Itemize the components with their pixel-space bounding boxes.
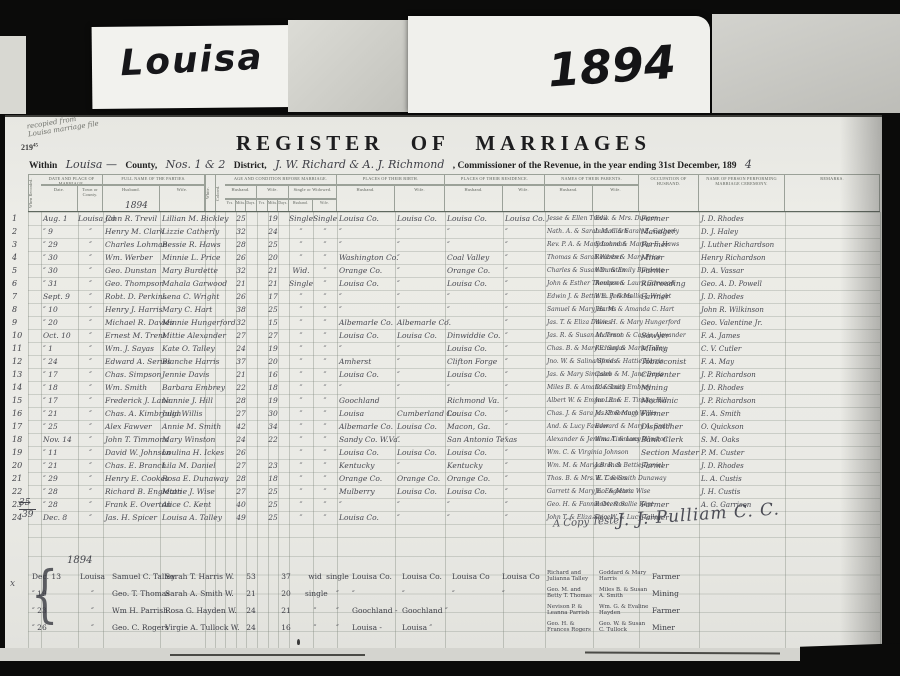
cell-reg bbox=[28, 343, 41, 356]
cell-bh: Albemarle Co. bbox=[337, 317, 395, 330]
cell-ch: ″ bbox=[289, 421, 313, 434]
cell-wname: Mary Winston bbox=[160, 434, 205, 447]
cell-reg bbox=[28, 226, 41, 239]
cell-ph: John & Esther Thompson bbox=[545, 278, 593, 291]
cell-bw: ″ bbox=[395, 291, 445, 304]
cell-reg bbox=[28, 213, 41, 226]
cell-reg bbox=[28, 421, 41, 434]
cell-min: J. P. Richardson bbox=[699, 395, 785, 408]
cell-white bbox=[205, 499, 215, 512]
cell-no: 9 bbox=[5, 317, 28, 330]
cell-min: S. M. Oaks bbox=[699, 434, 785, 447]
header-age_cond: AGE AND CONDITION BEFORE MARRIAGE. bbox=[225, 174, 337, 185]
cell-wage: 37 bbox=[267, 569, 305, 586]
cell-bw: ″ bbox=[400, 586, 450, 603]
ledger-row: 18Nov. 14″John T. TimmonsMary Winston242… bbox=[5, 434, 882, 447]
cell-no: 7 bbox=[5, 291, 28, 304]
cell-ch: ″ bbox=[289, 239, 313, 252]
cell-date: ″ 30 bbox=[41, 265, 78, 278]
cell-rh: Macon, Ga. bbox=[445, 421, 503, 434]
tally-note: 35 39 bbox=[19, 498, 36, 521]
cell-bw: Cumberland Co. bbox=[395, 408, 445, 421]
cell-rw: ″ bbox=[503, 382, 545, 395]
cell-wname: Lena C. Wright bbox=[160, 291, 205, 304]
cell-bw: ″ bbox=[395, 304, 445, 317]
cell-town: ″ bbox=[75, 586, 110, 603]
ledger-row: 13″ 17″Chas. SimpsonJennie Davis2116″″Lo… bbox=[5, 369, 882, 382]
cell-white bbox=[205, 213, 215, 226]
cell-cw: ″ bbox=[313, 304, 337, 317]
cell-cw: ″ bbox=[325, 620, 350, 637]
cell-no: 8 bbox=[5, 304, 28, 317]
cell-hage: 26 bbox=[225, 252, 257, 265]
ledger-row: 5″ 30″Geo. DunstanMary Burdette3221Wid.″… bbox=[5, 265, 882, 278]
cell-cw: ″ bbox=[313, 512, 337, 525]
cell-hname: Samuel C. Talley bbox=[110, 569, 163, 586]
cell-no: 5 bbox=[5, 265, 28, 278]
cell-bh: ″ bbox=[337, 239, 395, 252]
cell-town: ″ bbox=[78, 252, 103, 265]
cell-wage: 20 bbox=[257, 252, 289, 265]
cell-occ: Farmer bbox=[639, 239, 699, 252]
cell-wage: 16 bbox=[267, 620, 305, 637]
district-label: District, bbox=[234, 161, 267, 171]
cell-hname: Wm. Smith bbox=[103, 382, 160, 395]
cell-ch: ″ bbox=[289, 499, 313, 512]
cell-ph: Jno. W. & Salina Series bbox=[545, 356, 593, 369]
cell-pw: Richard & Maria Talley bbox=[593, 343, 639, 356]
cell-cw: ″ bbox=[313, 330, 337, 343]
cell-reg bbox=[28, 278, 41, 291]
cell-min: P. M. Custer bbox=[699, 447, 785, 460]
ledger-row: 21″ 29″Henry E. CookesRosa E. Dunaway281… bbox=[5, 473, 882, 486]
cell-pw: Wm. A. & Lucy Winston bbox=[593, 434, 639, 447]
cell-bw: Louisa Co. bbox=[395, 213, 445, 226]
cell-town: ″ bbox=[78, 356, 103, 369]
cell-no: 18 bbox=[5, 434, 28, 447]
cell-bh: ″ bbox=[337, 382, 395, 395]
cell-hname: Edward A. Series bbox=[103, 356, 160, 369]
ledger-row: 15″ 17″Frederick J. LaneNannie J. Hill28… bbox=[5, 395, 882, 408]
cell-wname: Nannie J. Hill bbox=[160, 395, 205, 408]
cell-occ: Railroading bbox=[639, 278, 699, 291]
cell-town: ″ bbox=[78, 473, 103, 486]
cell-hname: Henry J. Harris bbox=[103, 304, 160, 317]
cell-rh: Louisa Co. bbox=[445, 343, 503, 356]
cell-occ: Carpenter bbox=[639, 369, 699, 382]
cell-bw: ″ bbox=[395, 265, 445, 278]
header-wife: Wife. bbox=[395, 185, 445, 212]
cell-bw: Albemarle Co. bbox=[395, 317, 445, 330]
cell-bh: Washington Co. bbox=[337, 252, 395, 265]
cell-ch: ″ bbox=[289, 330, 313, 343]
cell-wname: Barbara Embrey bbox=[160, 382, 205, 395]
cell-rw: ″ bbox=[503, 434, 545, 447]
cell-white bbox=[205, 408, 215, 421]
cell-pw: Edward & Mary A. Smith bbox=[593, 421, 639, 434]
cell-cw: ″ bbox=[313, 395, 337, 408]
ledger-row: 8″ 10″Henry J. HarrisMary C. Hart3825″″″… bbox=[5, 304, 882, 317]
cell-pw: W. T. & Smith Dunaway bbox=[593, 473, 639, 486]
microfilm-frame: Louisa 1894 recopied from Louisa marriag… bbox=[0, 0, 900, 676]
cell-colored bbox=[215, 395, 225, 408]
cell-hage: 38 bbox=[225, 304, 257, 317]
header-husband: Husband. bbox=[445, 185, 503, 212]
county-value: Louisa — bbox=[60, 158, 123, 171]
cell-pw: Wm. J. & Mollie J. Wright bbox=[593, 291, 639, 304]
cell-occ: Farmer bbox=[650, 569, 725, 586]
ink-blot bbox=[297, 639, 300, 645]
cell-rw: ″ bbox=[503, 226, 545, 239]
cell-ph: Alexander & Jemima Timmons bbox=[545, 434, 593, 447]
cell-wname: Kate O. Talley bbox=[160, 343, 205, 356]
cell-ph: Geo. M. and Betty T. Thomas bbox=[545, 586, 597, 603]
cell-wname: Minnie L. Price bbox=[160, 252, 205, 265]
cell-date: ″ 28 bbox=[41, 499, 78, 512]
cell-hname: Henry M. Clark bbox=[103, 226, 160, 239]
cell-colored bbox=[215, 473, 225, 486]
cell-town: ″ bbox=[75, 603, 110, 620]
cell-date: ″ 23 bbox=[30, 603, 75, 620]
cell-rw: Louisa Co. bbox=[503, 213, 545, 226]
cell-white bbox=[205, 343, 215, 356]
cell-hage: 27 bbox=[225, 408, 257, 421]
cell-wage: 25 bbox=[257, 239, 289, 252]
cell-town: ″ bbox=[75, 620, 110, 637]
cell-rh: ″ bbox=[445, 499, 503, 512]
ledger-row: 17″ 25″Alex FawverAnnie M. Smith4234″″Al… bbox=[5, 421, 882, 434]
cell-ph: Geo. H. & Fannie Overton bbox=[545, 499, 593, 512]
cell-date: Sept. 9 bbox=[41, 291, 78, 304]
cell-ch: ″ bbox=[289, 473, 313, 486]
cell-wage: 25 bbox=[257, 486, 289, 499]
cell-ch: ″ bbox=[305, 620, 325, 637]
cell-no: 6 bbox=[5, 278, 28, 291]
cell-date: Aug. 1 bbox=[41, 213, 78, 226]
cell-rh: Louisa Co. bbox=[445, 278, 503, 291]
cell-wname: Mittie Alexander bbox=[160, 330, 205, 343]
cell-date: ″ 26 bbox=[30, 620, 75, 637]
cell-date: ″ 31 bbox=[41, 278, 78, 291]
cell-pw: Wm. H. & Mary Hungerford bbox=[593, 317, 639, 330]
cell-hage: 25 bbox=[225, 213, 257, 226]
cell-bw: Louisa Co. bbox=[395, 421, 445, 434]
cell-colored bbox=[215, 356, 225, 369]
cell-ch: ″ bbox=[289, 252, 313, 265]
cell-wname: Minnie Hungerford bbox=[160, 317, 205, 330]
cell-pw: Jno. & Maria Wise bbox=[593, 486, 639, 499]
cell-cw: ″ bbox=[313, 291, 337, 304]
cell-rh bbox=[450, 603, 500, 620]
cell-hname: Geo. C. Rogers bbox=[110, 620, 163, 637]
cell-ch: ″ bbox=[289, 512, 313, 525]
cell-ph: Nath. A. & Sarah M. Clark bbox=[545, 226, 593, 239]
cell-hname: Robt. D. Perkins bbox=[103, 291, 160, 304]
cell-date: ″ 25 bbox=[41, 421, 78, 434]
backing-card-right bbox=[712, 14, 900, 113]
cell-colored bbox=[215, 486, 225, 499]
cell-min: J. D. Rhodes bbox=[699, 460, 785, 473]
addendum-rows: Dec. 13LouisaSamuel C. TalleySarah T. Ha… bbox=[30, 569, 750, 637]
cell-hage: 21 bbox=[225, 278, 257, 291]
cell-rw: ″ bbox=[503, 252, 545, 265]
cell-rh: Louisa Co. bbox=[445, 447, 503, 460]
cell-wage: 34 bbox=[257, 421, 289, 434]
cell-hname: Wm. J. Sayas bbox=[103, 343, 160, 356]
cell-ph: Jesse & Ellen Trevil bbox=[545, 213, 593, 226]
cell-occ: Farmer bbox=[650, 603, 725, 620]
cell-reg bbox=[28, 460, 41, 473]
cell-bw: ″ bbox=[395, 252, 445, 265]
cell-wage: 23 bbox=[257, 460, 289, 473]
cell-wname: Mary Burdette bbox=[160, 265, 205, 278]
cell-rw: ″ bbox=[503, 421, 545, 434]
cell-wname: Lila M. Daniel bbox=[160, 460, 205, 473]
cell-rh: ″ bbox=[445, 382, 503, 395]
cell-hname: Michael R. Davies bbox=[103, 317, 160, 330]
cell-white bbox=[205, 239, 215, 252]
cell-min: J. Luther Richardson bbox=[699, 239, 785, 252]
cell-ch: ″ bbox=[289, 369, 313, 382]
cell-rh: ″ bbox=[445, 226, 503, 239]
cell-bh: ″ bbox=[350, 586, 400, 603]
cell-bh: ″ bbox=[337, 304, 395, 317]
ledger-row: 6″ 31″Geo. ThompsonMahala Garwood2121Sin… bbox=[5, 278, 882, 291]
cell-no: 20 bbox=[5, 460, 28, 473]
cell-no: 21 bbox=[5, 473, 28, 486]
cell-reg bbox=[28, 382, 41, 395]
cell-ph: Wm. C. & Virginia Johnson bbox=[545, 447, 593, 460]
ledger-row: 10Oct. 10″Ernest M. TrentMittie Alexande… bbox=[5, 330, 882, 343]
ledger-row: 11″ 1″Wm. J. SayasKate O. Talley2419″″″″… bbox=[5, 343, 882, 356]
cell-colored bbox=[215, 317, 225, 330]
cell-reg bbox=[28, 395, 41, 408]
cell-white bbox=[205, 473, 215, 486]
cell-rw: ″ bbox=[503, 447, 545, 460]
ledger-row: ″ 26″Geo. C. RogersVirgie A. Tullock W.2… bbox=[30, 620, 750, 637]
cell-bw: ″ bbox=[395, 343, 445, 356]
cell-colored bbox=[215, 512, 225, 525]
cell-wname: Sarah A. Smith W. bbox=[163, 586, 235, 603]
cell-ch: ″ bbox=[289, 226, 313, 239]
cell-ch: Single bbox=[289, 278, 313, 291]
cell-colored bbox=[215, 343, 225, 356]
cell-pw: Wm. & Emily Burdette bbox=[593, 265, 639, 278]
cell-no: 17 bbox=[5, 421, 28, 434]
cell-no: 19 bbox=[5, 447, 28, 460]
cell-hname: Ernest M. Trent bbox=[103, 330, 160, 343]
cell-rh: ″ bbox=[445, 317, 503, 330]
cell-bh: Goochland - bbox=[350, 603, 400, 620]
cell-cw: ″ bbox=[313, 226, 337, 239]
cell-pw: Edw. & Mrs. Duncan bbox=[593, 213, 639, 226]
ledger-row: 20″ 21″Chas. E. BranchLila M. Daniel2723… bbox=[5, 460, 882, 473]
cell-ch: ″ bbox=[289, 317, 313, 330]
cell-date: ″ 9 bbox=[41, 226, 78, 239]
cell-date: Dec. 13 bbox=[30, 569, 75, 586]
cell-pw: Jas. M. & Amanda C. Hart bbox=[593, 304, 639, 317]
cell-hage: 27 bbox=[225, 486, 257, 499]
cell-occ bbox=[639, 304, 699, 317]
cell-rw: ″ bbox=[503, 304, 545, 317]
cell-bh: Louisa Co. bbox=[337, 447, 395, 460]
cell-colored bbox=[215, 460, 225, 473]
cell-hage: 26 bbox=[225, 291, 257, 304]
cell-town: ″ bbox=[78, 343, 103, 356]
cell-pw: Reuben & Mary Price bbox=[593, 252, 639, 265]
cell-hage: 32 bbox=[225, 226, 257, 239]
cell-ch: Wid. bbox=[289, 265, 313, 278]
cell-rw: ″ bbox=[503, 369, 545, 382]
cell-rw: ″ bbox=[503, 343, 545, 356]
cell-wname: Sarah T. Harris W. bbox=[163, 569, 235, 586]
cell-no: 1 bbox=[5, 213, 28, 226]
cell-rh: ″ bbox=[450, 586, 500, 603]
cell-white bbox=[205, 447, 215, 460]
ledger-row: ″ 23″Wm H. ParrishRosa G. Hayden W.2421″… bbox=[30, 603, 750, 620]
cell-bh: Louisa bbox=[337, 408, 395, 421]
cell-date: ″ 18 bbox=[41, 382, 78, 395]
cell-occ bbox=[639, 473, 699, 486]
cell-colored bbox=[215, 434, 225, 447]
cell-hname: John T. Timmons bbox=[103, 434, 160, 447]
cell-occ: Miner bbox=[639, 252, 699, 265]
cell-rw bbox=[500, 620, 545, 637]
cell-bh: Kentucky bbox=[337, 460, 395, 473]
cell-colored bbox=[215, 213, 225, 226]
cell-ch: Single bbox=[289, 213, 313, 226]
cell-bw: ″ bbox=[395, 434, 445, 447]
cell-occ: Bank Clerk bbox=[639, 434, 699, 447]
cell-town: ″ bbox=[78, 382, 103, 395]
cell-hage: 28 bbox=[225, 473, 257, 486]
cell-min: J. D. Rhodes bbox=[699, 291, 785, 304]
cell-colored bbox=[215, 304, 225, 317]
cell-min: Geo. Valentine Jr. bbox=[699, 317, 785, 330]
cell-wname: Rosa E. Dunaway bbox=[160, 473, 205, 486]
cell-ph: Thos. B. & Mrs. E. Cookes bbox=[545, 473, 593, 486]
ledger-row: 16″ 21″Chas. A. KimbroughJulia Willis273… bbox=[5, 408, 882, 421]
cell-min: D. A. Vassar bbox=[699, 265, 785, 278]
cell-min: J. H. Custis bbox=[699, 486, 785, 499]
header-white: White. bbox=[205, 174, 215, 212]
header-wife: Wife. bbox=[503, 185, 545, 212]
cell-bw: ″ bbox=[395, 226, 445, 239]
cell-min: Geo. A. D. Powell bbox=[699, 278, 785, 291]
cell-cw: ″ bbox=[313, 343, 337, 356]
tally-value: 39 bbox=[19, 509, 36, 521]
cell-reg bbox=[28, 330, 41, 343]
header-husband: Husband. bbox=[225, 185, 257, 199]
cell-cw: ″ bbox=[313, 447, 337, 460]
ledger-row: 7Sept. 9″Robt. D. PerkinsLena C. Wright2… bbox=[5, 291, 882, 304]
cell-bw: ″ bbox=[395, 369, 445, 382]
cell-bh: ″ bbox=[337, 499, 395, 512]
cell-wage: 21 bbox=[257, 265, 289, 278]
cell-occ: Mining bbox=[639, 343, 699, 356]
cell-ch: ″ bbox=[289, 291, 313, 304]
cell-hage: 28 bbox=[225, 239, 257, 252]
cell-date: ″ 30 bbox=[41, 252, 78, 265]
cell-cw: ″ bbox=[313, 278, 337, 291]
cell-cw: Single bbox=[313, 213, 337, 226]
cell-date: ″ 20 bbox=[41, 317, 78, 330]
cell-bw: Louisa Co. bbox=[395, 486, 445, 499]
header-husband: Husband. bbox=[545, 185, 593, 212]
cell-cw: ″ bbox=[313, 317, 337, 330]
cell-white bbox=[205, 291, 215, 304]
cell-hname: Charles Lohman bbox=[103, 239, 160, 252]
cell-min: J. D. Rhodes bbox=[699, 382, 785, 395]
cell-date: ″ 28 bbox=[41, 486, 78, 499]
cell-rh bbox=[450, 620, 500, 637]
cell-pw: Anderson & Cassie Alexander bbox=[593, 330, 639, 343]
cell-pw: Reuben & Laura Garwood bbox=[593, 278, 639, 291]
cell-min: F. A. James bbox=[699, 330, 785, 343]
cell-hage: 21 bbox=[235, 586, 267, 603]
cell-bw: ″ bbox=[395, 278, 445, 291]
header-recorded: When Recorded. bbox=[28, 174, 41, 212]
frame-corner-wedge bbox=[800, 643, 900, 676]
cell-wage: 20 bbox=[257, 356, 289, 369]
cell-wage: 19 bbox=[257, 213, 289, 226]
cell-white bbox=[205, 434, 215, 447]
cell-hage: 32 bbox=[225, 265, 257, 278]
ledger-row: 22″ 28″Richard B. EngletonMattie J. Wise… bbox=[5, 486, 882, 499]
cell-white bbox=[205, 317, 215, 330]
cell-hname: Geo. T. Thomas bbox=[110, 586, 163, 603]
cell-town: ″ bbox=[78, 239, 103, 252]
cell-reg bbox=[28, 356, 41, 369]
cell-date: ″ 1 bbox=[41, 343, 78, 356]
cell-white bbox=[205, 330, 215, 343]
cell-colored bbox=[215, 421, 225, 434]
cell-ph: Thomas & Sarah Werber bbox=[545, 252, 593, 265]
cell-min: C. V. Cutler bbox=[699, 343, 785, 356]
cell-rw: ″ bbox=[503, 278, 545, 291]
cell-white bbox=[205, 278, 215, 291]
cell-wage: 25 bbox=[257, 304, 289, 317]
cell-town: ″ bbox=[78, 278, 103, 291]
within-label: Within bbox=[29, 161, 57, 171]
cell-rw: ″ bbox=[503, 512, 545, 525]
cell-town: ″ bbox=[78, 291, 103, 304]
cell-occ: Manager bbox=[639, 226, 699, 239]
cell-colored bbox=[215, 369, 225, 382]
cell-reg bbox=[28, 473, 41, 486]
cell-colored bbox=[215, 447, 225, 460]
cell-town: ″ bbox=[78, 226, 103, 239]
cell-hname: Chas. A. Kimbrough bbox=[103, 408, 160, 421]
cell-date: Nov. 14 bbox=[41, 434, 78, 447]
cell-rh: Orange Co. bbox=[445, 473, 503, 486]
cell-date: Dec. 8 bbox=[41, 512, 78, 525]
header-date_place: DATE AND PLACE OF MARRIAGE. bbox=[41, 174, 103, 185]
year-note-main: 1894 bbox=[125, 201, 148, 211]
cell-colored bbox=[215, 226, 225, 239]
cell-hname: Chas. E. Branch bbox=[103, 460, 160, 473]
cell-reg bbox=[28, 252, 41, 265]
cell-occ: Tobacconist bbox=[639, 356, 699, 369]
cell-wage: 16 bbox=[257, 369, 289, 382]
cell-ch: ″ bbox=[289, 460, 313, 473]
cell-white bbox=[205, 252, 215, 265]
cell-occ: Miner bbox=[650, 620, 725, 637]
cell-no: 2 bbox=[5, 226, 28, 239]
district-value: Nos. 1 & 2 bbox=[160, 158, 232, 171]
cell-pw: Goddard & Mary Harris bbox=[597, 569, 650, 586]
cell-town: ″ bbox=[78, 408, 103, 421]
